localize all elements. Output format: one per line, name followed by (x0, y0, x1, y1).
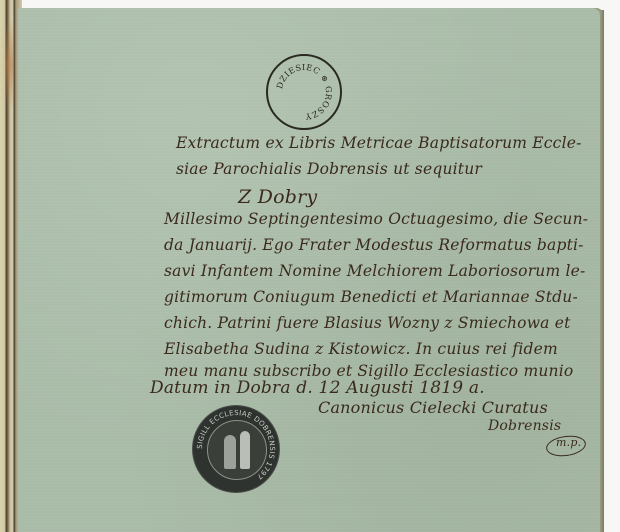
seal-figure-icon (224, 435, 236, 469)
signature-paraph-mark: m.p. (556, 436, 581, 449)
body-line-1: Millesimo Septingentesimo Octuagesimo, d… (164, 210, 588, 228)
body-line-5: chich. Patrini fuere Blasius Wozny z Smi… (164, 314, 571, 332)
page-edge (600, 10, 604, 532)
binding-stain (5, 20, 13, 110)
body-line-6: Elisabetha Sudina z Kistowicz. In cuius … (164, 340, 558, 358)
revenue-stamp-ring-icon: DZIESIEC ⊛ GROSZY (268, 56, 340, 128)
svg-text:DZIESIEC ⊛ GROSZY: DZIESIEC ⊛ GROSZY (274, 62, 334, 122)
seal-figure-icon (240, 431, 250, 469)
body-line-2: da Januarij. Ego Frater Modestus Reforma… (164, 236, 584, 254)
church-seal: SIGILL ECCLESIAE DOBRENSIS 1797 (193, 406, 279, 492)
body-line-3: savi Infantem Nomine Melchiorem Laborios… (164, 262, 585, 280)
heading-line-2: siae Parochialis Dobrensis ut sequitur (176, 160, 482, 178)
signature-line-2: Dobrensis (488, 418, 561, 434)
revenue-stamp: DZIESIEC ⊛ GROSZY (266, 54, 342, 130)
heading-line-1: Extractum ex Libris Metricae Baptisatoru… (176, 134, 582, 152)
body-line-4: gitimorum Coniugum Benedicti et Marianna… (164, 288, 578, 306)
seal-center (207, 420, 267, 480)
date-line: Datum in Dobra d. 12 Augusti 1819 a. (150, 378, 485, 398)
signature-line-1: Canonicus Cielecki Curatus (318, 398, 548, 417)
place-name: Z Dobry (238, 186, 317, 208)
